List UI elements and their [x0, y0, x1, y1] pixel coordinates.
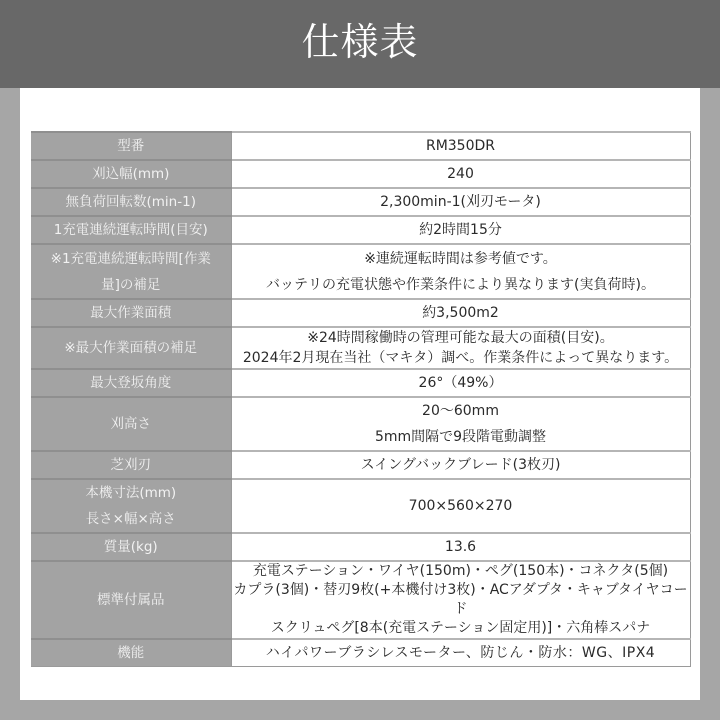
label-text: 型番 [31, 133, 231, 159]
value-text: 700×560×270 [232, 493, 690, 519]
spec-value: スイングバックブレード(3枚刃) [231, 451, 690, 479]
value-text: 約2時間15分 [232, 217, 690, 243]
spec-value: ※24時間稼働時の管理可能な最大の面積(目安)。 2024年2月現在当社（マキタ… [231, 327, 690, 369]
value-text: ハイパワーブラシレスモーター、防じん・防水：WG、IPX4 [232, 640, 690, 666]
spec-label: 刈高さ [31, 397, 231, 451]
spec-value: RM350DR [231, 132, 690, 160]
spec-value: 2,300min-1(刈刃モータ) [231, 188, 690, 216]
spec-row-blade: 芝刈刃 スイングバックブレード(3枚刃) [31, 451, 690, 479]
value-text: カプラ(3個)・替刃9枚(+本機付け3枚)・ACアダプタ・キャブタイヤコード [232, 581, 690, 619]
spec-value: 240 [231, 160, 690, 188]
spec-label: 最大登坂角度 [31, 369, 231, 397]
spec-value: ※連続運転時間は参考値です。 バッテリの充電状態や作業条件により異なります(実負… [231, 244, 690, 299]
spec-label: 最大作業面積 [31, 299, 231, 327]
value-text: 約3,500m2 [232, 300, 690, 326]
spec-value: 約3,500m2 [231, 299, 690, 327]
spec-row-no-load-speed: 無負荷回転数(min-1) 2,300min-1(刈刃モータ) [31, 188, 690, 216]
value-text: 5mm間隔で9段階電動調整 [232, 424, 690, 450]
spec-row-run-time-note: ※1充電連続運転時間[作業 量]の補足 ※連続運転時間は参考値です。 バッテリの… [31, 244, 690, 299]
spec-row-run-time: 1充電連続運転時間(目安) 約2時間15分 [31, 216, 690, 244]
value-text: 充電ステーション・ワイヤ(150m)・ペグ(150本)・コネクタ(5個) [232, 562, 690, 581]
spec-row-cutting-width: 刈込幅(mm) 240 [31, 160, 690, 188]
label-text: 無負荷回転数(min-1) [31, 189, 231, 215]
spec-row-max-area-note: ※最大作業面積の補足 ※24時間稼働時の管理可能な最大の面積(目安)。 2024… [31, 327, 690, 369]
spec-label: 型番 [31, 132, 231, 160]
value-text: スイングバックブレード(3枚刃) [232, 452, 690, 478]
value-text: 2024年2月現在当社（マキタ）調べ。作業条件によって異なります。 [232, 348, 690, 368]
spec-label: ※最大作業面積の補足 [31, 327, 231, 369]
spec-row-cutting-height: 刈高さ 20～60mm 5mm間隔で9段階電動調整 [31, 397, 690, 451]
value-text: スクリュペグ[8本(充電ステーション固定用)]・六角棒スパナ [232, 619, 690, 638]
spec-value: 13.6 [231, 533, 690, 561]
label-text: 最大登坂角度 [31, 370, 231, 396]
spec-row-accessories: 標準付属品 充電ステーション・ワイヤ(150m)・ペグ(150本)・コネクタ(5… [31, 561, 690, 639]
label-text: 質量(kg) [31, 534, 231, 560]
spec-label: 刈込幅(mm) [31, 160, 231, 188]
spec-row-max-slope: 最大登坂角度 26°（49%） [31, 369, 690, 397]
label-text: 機能 [31, 640, 231, 666]
value-text: バッテリの充電状態や作業条件により異なります(実負荷時)。 [232, 272, 690, 298]
spec-label: 芝刈刃 [31, 451, 231, 479]
label-text: 本機寸法(mm) [31, 480, 231, 506]
spec-card: 型番 RM350DR 刈込幅(mm) 240 無負荷回転数(min-1) 2,3… [20, 88, 700, 700]
spec-label: ※1充電連続運転時間[作業 量]の補足 [31, 244, 231, 299]
label-text: ※最大作業面積の補足 [31, 335, 231, 361]
spec-value: 20～60mm 5mm間隔で9段階電動調整 [231, 397, 690, 451]
spec-value: 26°（49%） [231, 369, 690, 397]
label-text: 刈込幅(mm) [31, 161, 231, 187]
spec-value: 充電ステーション・ワイヤ(150m)・ペグ(150本)・コネクタ(5個) カプラ… [231, 561, 690, 639]
value-text: 26°（49%） [232, 370, 690, 396]
spec-label: 無負荷回転数(min-1) [31, 188, 231, 216]
spec-value: 約2時間15分 [231, 216, 690, 244]
label-text: 長さ×幅×高さ [31, 506, 231, 532]
spec-value: ハイパワーブラシレスモーター、防じん・防水：WG、IPX4 [231, 639, 690, 667]
value-text: ※24時間稼働時の管理可能な最大の面積(目安)。 [232, 328, 690, 348]
label-text: ※1充電連続運転時間[作業 [31, 246, 231, 272]
page-header: 仕様表 [0, 0, 720, 88]
value-text: 240 [232, 161, 690, 187]
value-text: RM350DR [232, 133, 690, 159]
value-text: 20～60mm [232, 398, 690, 424]
label-text: 標準付属品 [31, 587, 231, 613]
label-text: 量]の補足 [31, 272, 231, 298]
spec-label: 質量(kg) [31, 533, 231, 561]
spec-table: 型番 RM350DR 刈込幅(mm) 240 無負荷回転数(min-1) 2,3… [31, 131, 691, 667]
spec-row-features: 機能 ハイパワーブラシレスモーター、防じん・防水：WG、IPX4 [31, 639, 690, 667]
spec-row-max-area: 最大作業面積 約3,500m2 [31, 299, 690, 327]
spec-label: 機能 [31, 639, 231, 667]
spec-label: 標準付属品 [31, 561, 231, 639]
spec-row-model: 型番 RM350DR [31, 132, 690, 160]
label-text: 最大作業面積 [31, 300, 231, 326]
label-text: 刈高さ [31, 411, 231, 437]
spec-value: 700×560×270 [231, 479, 690, 533]
label-text: 芝刈刃 [31, 452, 231, 478]
page-title: 仕様表 [301, 23, 418, 61]
value-text: 13.6 [232, 534, 690, 560]
spec-row-weight: 質量(kg) 13.6 [31, 533, 690, 561]
spec-row-dimensions: 本機寸法(mm) 長さ×幅×高さ 700×560×270 [31, 479, 690, 533]
spec-label: 1充電連続運転時間(目安) [31, 216, 231, 244]
label-text: 1充電連続運転時間(目安) [31, 217, 231, 243]
value-text: ※連続運転時間は参考値です。 [232, 246, 690, 272]
value-text: 2,300min-1(刈刃モータ) [232, 189, 690, 215]
spec-label: 本機寸法(mm) 長さ×幅×高さ [31, 479, 231, 533]
